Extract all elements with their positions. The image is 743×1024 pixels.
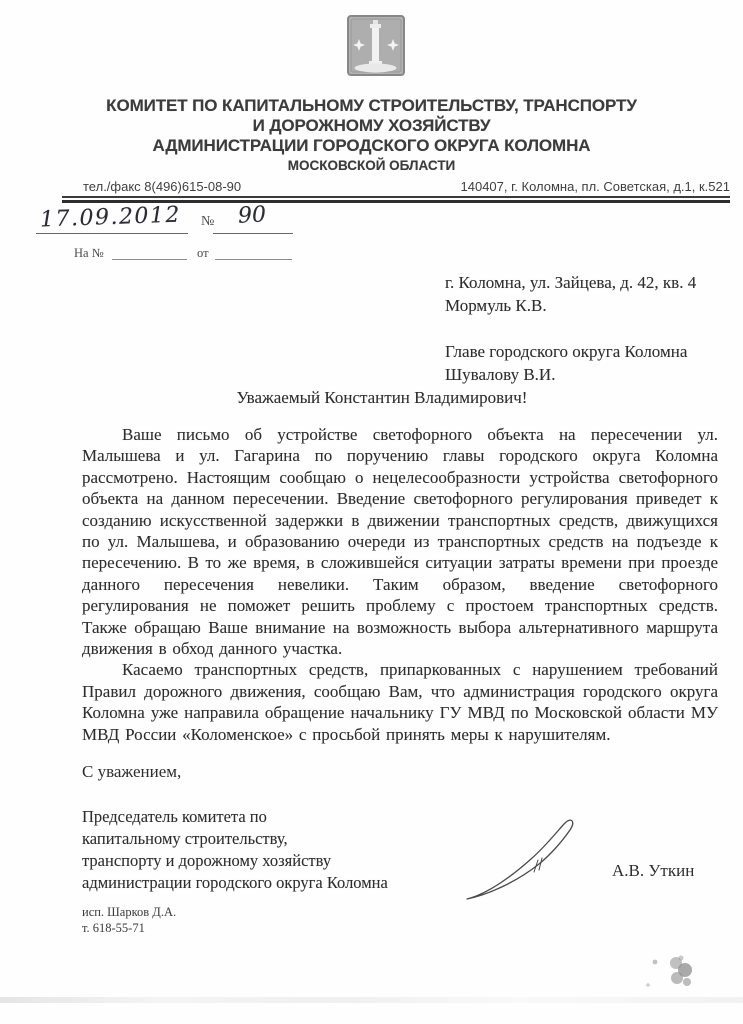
reply-number-label: На №: [74, 246, 104, 261]
org-address: 140407, г. Коломна, пл. Советская, д.1, …: [461, 179, 730, 194]
body-paragraph: Касаемо транспортных средств, припаркова…: [82, 659, 718, 745]
letterhead-divider: [62, 196, 730, 203]
signer-title: Председатель комитета по капитальному ст…: [82, 806, 462, 894]
outgoing-date-handwritten: 17.09.2012: [40, 203, 182, 233]
ink-smudge: [640, 948, 700, 996]
org-region: МОСКОВСКОЙ ОБЛАСТИ: [0, 158, 743, 173]
outgoing-number-handwritten: 90: [237, 202, 266, 228]
executor-name: исп. Шарков Д.А.: [82, 905, 176, 921]
signer-title-line: Председатель комитета по: [82, 806, 462, 828]
salutation: Уважаемый Константин Владимирович!: [82, 388, 682, 408]
date-underline: [36, 233, 188, 234]
org-phone: тел./факс 8(496)615-08-90: [62, 179, 241, 194]
spacer: [445, 317, 735, 340]
closing-phrase: С уважением,: [82, 762, 181, 782]
contact-row: тел./факс 8(496)615-08-90 140407, г. Кол…: [62, 179, 730, 194]
kolomna-coat-of-arms-icon: [347, 15, 405, 76]
signer-title-line: капитальному строительству,: [82, 828, 462, 850]
executor-phone: т. 618-55-71: [82, 921, 176, 937]
recipient-title-line: Шувалову В.И.: [445, 363, 735, 386]
reply-date-underline: [215, 259, 292, 260]
org-name-line: АДМИНИСТРАЦИИ ГОРОДСКОГО ОКРУГА КОЛОМНА: [0, 136, 743, 156]
recipient-title-line: Главе городского округа Коломна: [445, 340, 735, 363]
recipient-name: Мормуль К.В.: [445, 294, 735, 317]
letter-page: КОМИТЕТ ПО КАПИТАЛЬНОМУ СТРОИТЕЛЬСТВУ, Т…: [0, 0, 743, 1024]
body-paragraph: Ваше письмо об устройстве светофорного о…: [82, 424, 718, 659]
scan-edge-artifact: [0, 997, 743, 1003]
number-underline: [213, 233, 293, 234]
org-name: КОМИТЕТ ПО КАПИТАЛЬНОМУ СТРОИТЕЛЬСТВУ, Т…: [0, 96, 743, 173]
number-sign: №: [201, 214, 214, 230]
recipient-address: г. Коломна, ул. Зайцева, д. 42, кв. 4: [445, 271, 735, 294]
letter-body: Ваше письмо об устройстве светофорного о…: [82, 424, 718, 745]
executor-block: исп. Шарков Д.А. т. 618-55-71: [82, 905, 176, 936]
signer-name: А.В. Уткин: [612, 861, 694, 881]
reply-number-underline: [112, 259, 187, 260]
org-name-line: И ДОРОЖНОМУ ХОЗЯЙСТВУ: [0, 116, 743, 136]
recipient-block: г. Коломна, ул. Зайцева, д. 42, кв. 4 Мо…: [445, 271, 735, 386]
signer-title-line: администрации городского округа Коломна: [82, 872, 462, 894]
signature-ink-icon: [455, 814, 580, 906]
org-name-line: КОМИТЕТ ПО КАПИТАЛЬНОМУ СТРОИТЕЛЬСТВУ, Т…: [0, 96, 743, 116]
reply-date-label: от: [197, 246, 209, 261]
signer-title-line: транспорту и дорожному хозяйству: [82, 850, 462, 872]
